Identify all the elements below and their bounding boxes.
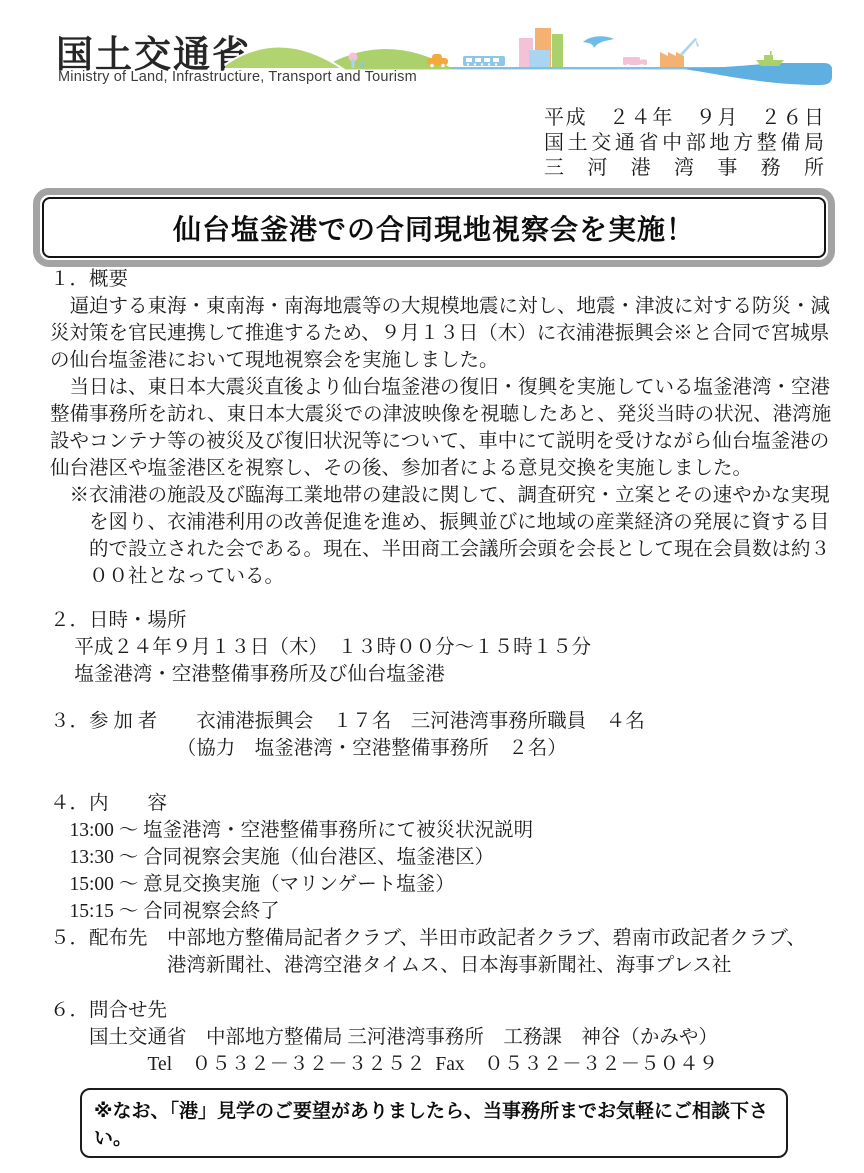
cargo-ship-icon [756, 51, 784, 66]
page-title: 仙台塩釜港での合同現地視察会を実施！ [42, 197, 826, 258]
issuance-office: 三河港湾事務所 [544, 156, 824, 181]
footer-note-text: ※なお、「港」見学のご要望がありましたら、当事務所までお気軽にご相談下さい。 [94, 1101, 768, 1149]
section-contact-text: 国土交通省 中部地方整備局 三河港湾事務所 工務課 神谷（かみや） Tel ０５… [50, 1024, 832, 1078]
section-distribution-text: ５．配布先 中部地方整備局記者クラブ、半田市政記者クラブ、碧南市政記者クラブ、 … [50, 925, 832, 979]
airplane-icon [583, 36, 614, 48]
section-agenda: ４．内 容 13:00 ～ 塩釜港湾・空港整備事務所にて被災状況説明 13:30… [50, 790, 832, 925]
issuance-block: 平成 ２４年 ９月 ２６日 国土交通省中部地方整備局 三河港湾事務所 [544, 106, 824, 181]
mlit-header: 国土交通省 Ministry of Land, Infrastructure, … [0, 0, 864, 100]
section-datetime-heading: ２．日時・場所 [50, 607, 832, 634]
factory-crane-icon [660, 38, 699, 67]
document-body: １．概要 逼迫する東海・東南海・南海地震等の大規模地震に対し、地震・津波に対する… [50, 266, 832, 1078]
section-participants: ３．参 加 者 衣浦港振興会 １７名 三河港湾事務所職員 ４名 （協力 塩釜港湾… [50, 708, 832, 762]
section-agenda-heading: ４．内 容 [50, 790, 832, 817]
section-overview-heading: １．概要 [50, 266, 832, 293]
buildings-icon [519, 28, 563, 67]
footer-note-box: ※なお、「港」見学のご要望がありましたら、当事務所までお気軽にご相談下さい。 [80, 1088, 788, 1158]
section-overview: １．概要 逼迫する東海・東南海・南海地震等の大規模地震に対し、地震・津波に対する… [50, 266, 832, 590]
section-contact: ６．問合せ先 国土交通省 中部地方整備局 三河港湾事務所 工務課 神谷（かみや）… [50, 997, 832, 1078]
section-datetime-place: ２．日時・場所 平成２４年９月１３日（木） １３時００分～１５時１５分 塩釜港湾… [50, 607, 832, 688]
section-distribution: ５．配布先 中部地方整備局記者クラブ、半田市政記者クラブ、碧南市政記者クラブ、 … [50, 925, 832, 979]
train-icon [463, 56, 505, 66]
sea-icon [687, 63, 832, 85]
section-overview-text: 逼迫する東海・東南海・南海地震等の大規模地震に対し、地震・津波に対する防災・減 … [50, 293, 832, 590]
hill-icon [225, 47, 343, 70]
issuance-date: 平成 ２４年 ９月 ２６日 [544, 106, 824, 131]
section-agenda-text: 13:00 ～ 塩釜港湾・空港整備事務所にて被災状況説明 13:30 ～ 合同視… [50, 817, 832, 925]
press-release-page: 国土交通省 Ministry of Land, Infrastructure, … [0, 0, 864, 1173]
section-datetime-text: 平成２４年９月１３日（木） １３時００分～１５時１５分 塩釜港湾・空港整備事務所… [50, 634, 832, 688]
truck-icon [623, 57, 647, 67]
issuance-org: 国土交通省中部地方整備局 [544, 131, 824, 156]
title-box: 仙台塩釜港での合同現地視察会を実施！ [33, 188, 835, 267]
section-contact-heading: ６．問合せ先 [50, 997, 832, 1024]
header-banner-illustration [225, 26, 835, 96]
section-participants-text: ３．参 加 者 衣浦港振興会 １７名 三河港湾事務所職員 ４名 （協力 塩釜港湾… [50, 708, 832, 762]
